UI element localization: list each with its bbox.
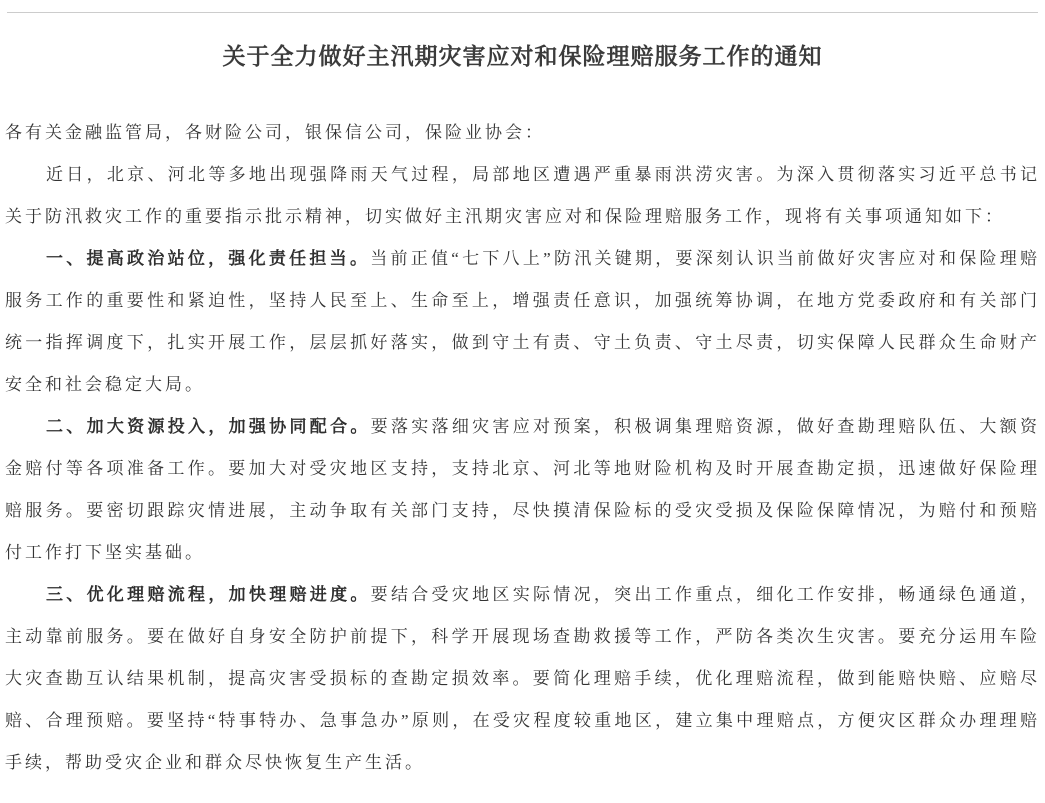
section-3-heading: 三、优化理赔流程，加快理赔进度。 — [46, 585, 371, 604]
section-1-text: 当前正值“七下八上”防汛关键期，要深刻认识当前做好灾害应对和保险理赔服务工作的重… — [5, 249, 1040, 394]
document-page: 关于全力做好主汛期灾害应对和保险理赔服务工作的通知 各有关金融监管局，各财险公司… — [0, 0, 1045, 803]
section-1-heading: 一、提高政治站位，强化责任担当。 — [46, 249, 370, 268]
section-2-heading: 二、加大资源投入，加强协同配合。 — [46, 417, 371, 436]
section-3-text: 要结合受灾地区实际情况，突出工作重点，细化工作安排，畅通绿色通道，主动靠前服务。… — [5, 585, 1040, 772]
document-body: 各有关金融监管局，各财险公司，银保信公司，保险业协会： 近日，北京、河北等多地出… — [5, 112, 1040, 784]
top-divider — [7, 12, 1038, 13]
salutation-line: 各有关金融监管局，各财险公司，银保信公司，保险业协会： — [5, 112, 1040, 154]
document-title: 关于全力做好主汛期灾害应对和保险理赔服务工作的通知 — [5, 40, 1040, 72]
section-2-text: 要落实落细灾害应对预案，积极调集理赔资源，做好查勘理赔队伍、大额资金赔付等各项准… — [5, 417, 1040, 562]
intro-paragraph: 近日，北京、河北等多地出现强降雨天气过程，局部地区遭遇严重暴雨洪涝灾害。为深入贯… — [5, 154, 1040, 238]
section-1-paragraph: 一、提高政治站位，强化责任担当。当前正值“七下八上”防汛关键期，要深刻认识当前做… — [5, 238, 1040, 406]
section-3-paragraph: 三、优化理赔流程，加快理赔进度。要结合受灾地区实际情况，突出工作重点，细化工作安… — [5, 574, 1040, 784]
section-2-paragraph: 二、加大资源投入，加强协同配合。要落实落细灾害应对预案，积极调集理赔资源，做好查… — [5, 406, 1040, 574]
